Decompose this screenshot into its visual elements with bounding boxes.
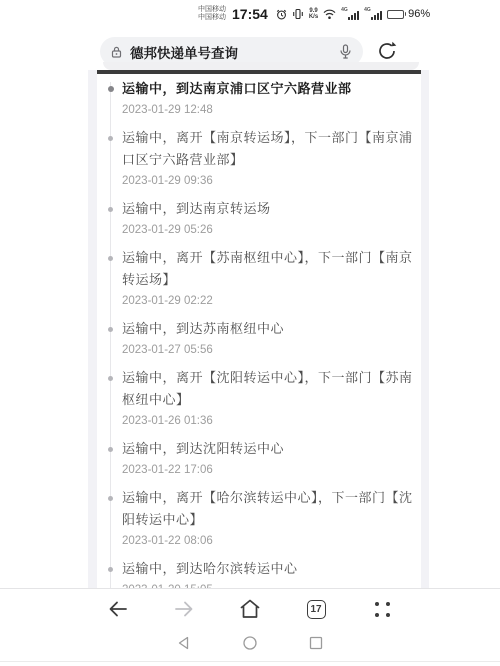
header-card-bottom (103, 62, 419, 70)
system-navigation-bar (0, 628, 500, 658)
entry-timestamp: 2023-01-29 02:22 (122, 293, 415, 310)
toolbar-divider (0, 588, 500, 589)
entry-timestamp: 2023-01-22 17:06 (122, 462, 415, 479)
browser-toolbar: 17 (0, 592, 500, 626)
entry-timestamp: 2023-01-29 12:48 (122, 102, 415, 119)
entry-status-text: 运输中，到达苏南枢纽中心 (122, 318, 415, 340)
battery-percent: 96% (408, 8, 430, 20)
timeline-dot-icon (108, 256, 113, 261)
tracking-entry: 运输中，到达哈尔滨转运中心 2023-01-20 15:05 (110, 558, 415, 588)
carrier-label: 中国移动 中国移动 (198, 6, 226, 22)
back-button[interactable] (106, 597, 130, 621)
sim1-signal-icon: 4G (341, 8, 359, 20)
entry-timestamp: 2023-01-29 05:26 (122, 222, 415, 239)
tracking-entry: 运输中，离开【南京转运场】，下一部门【南京浦口区宁六路营业部】 2023-01-… (110, 127, 415, 190)
entry-status-text: 运输中，离开【哈尔滨转运中心】，下一部门【沈阳转运中心】 (122, 487, 415, 531)
microphone-icon[interactable] (339, 44, 352, 59)
sim1-signal-label: 4G (341, 7, 348, 13)
search-input[interactable]: 德邦快递单号查询 (130, 42, 331, 62)
sim2-signal-label: 4G (364, 7, 371, 13)
vibrate-icon (292, 8, 304, 20)
entry-timestamp: 2023-01-29 09:36 (122, 173, 415, 190)
carrier-line2: 中国移动 (198, 14, 226, 22)
wifi-icon (323, 9, 336, 20)
carrier-line1: 中国移动 (198, 6, 226, 14)
timeline-dot-icon (108, 136, 113, 141)
tabs-button[interactable]: 17 (304, 597, 328, 621)
tracking-entry: 运输中，到达南京转运场 2023-01-29 05:26 (110, 198, 415, 239)
tracking-entry: 运输中，离开【沈阳转运中心】，下一部门【苏南枢纽中心】 2023-01-26 0… (110, 367, 415, 430)
left-gutter (88, 70, 97, 588)
entry-status-text: 运输中，到达南京转运场 (122, 198, 415, 220)
tracking-entry: 运输中，到达沈阳转运中心 2023-01-22 17:06 (110, 438, 415, 479)
tracking-entry: 运输中，离开【哈尔滨转运中心】，下一部门【沈阳转运中心】 2023-01-22 … (110, 487, 415, 550)
entry-status-text: 运输中，离开【南京转运场】，下一部门【南京浦口区宁六路营业部】 (122, 127, 415, 171)
tracking-entry: 运输中，到达南京浦口区宁六路营业部 2023-01-29 12:48 (110, 78, 415, 119)
nav-back-triangle-icon[interactable] (175, 634, 193, 652)
menu-button[interactable] (370, 597, 394, 621)
refresh-icon[interactable] (376, 40, 398, 62)
clock: 17:54 (232, 6, 268, 22)
entry-timestamp: 2023-01-27 05:56 (122, 342, 415, 359)
net-speed-unit: K/s (309, 14, 318, 20)
menu-dots-icon (375, 602, 390, 617)
entry-status-text: 运输中，到达南京浦口区宁六路营业部 (122, 78, 415, 100)
home-button[interactable] (238, 597, 262, 621)
tracking-list: 运输中，到达南京浦口区宁六路营业部 2023-01-29 12:48 运输中，离… (110, 78, 415, 588)
right-gutter (421, 70, 429, 588)
tab-count-badge: 17 (307, 600, 326, 619)
timeline-dot-icon (108, 496, 113, 501)
entry-status-text: 运输中，到达沈阳转运中心 (122, 438, 415, 460)
nav-recents-square-icon[interactable] (307, 634, 325, 652)
entry-status-text: 运输中，离开【沈阳转运中心】，下一部门【苏南枢纽中心】 (122, 367, 415, 411)
entry-timestamp: 2023-01-22 08:06 (122, 533, 415, 550)
entry-status-text: 运输中，到达哈尔滨转运中心 (122, 558, 415, 580)
forward-button[interactable] (172, 597, 196, 621)
timeline-dot-icon (108, 327, 113, 332)
tracking-results-panel[interactable]: 运输中，到达南京浦口区宁六路营业部 2023-01-29 12:48 运输中，离… (97, 74, 421, 588)
battery-icon: 96% (387, 8, 430, 20)
timeline-dot-icon (108, 447, 113, 452)
network-speed: 9.9 K/s (309, 8, 318, 20)
sim2-signal-icon: 4G (364, 8, 382, 20)
status-bar: 中国移动 中国移动 17:54 9.9 K/s 4G 4G 96% (198, 3, 430, 25)
entry-timestamp: 2023-01-26 01:36 (122, 413, 415, 430)
timeline-dot-icon (108, 376, 113, 381)
alarm-icon (276, 9, 287, 20)
entry-status-text: 运输中，离开【苏南枢纽中心】，下一部门【南京转运场】 (122, 247, 415, 291)
tracking-entry: 运输中，离开【苏南枢纽中心】，下一部门【南京转运场】 2023-01-29 02… (110, 247, 415, 310)
timeline-dot-icon (108, 567, 113, 572)
lock-icon (111, 46, 122, 58)
timeline-dot-icon (108, 207, 113, 212)
timeline-dot-icon (108, 86, 114, 92)
bottom-edge-line (0, 661, 500, 662)
nav-home-circle-icon[interactable] (241, 634, 259, 652)
tracking-entry: 运输中，到达苏南枢纽中心 2023-01-27 05:56 (110, 318, 415, 359)
